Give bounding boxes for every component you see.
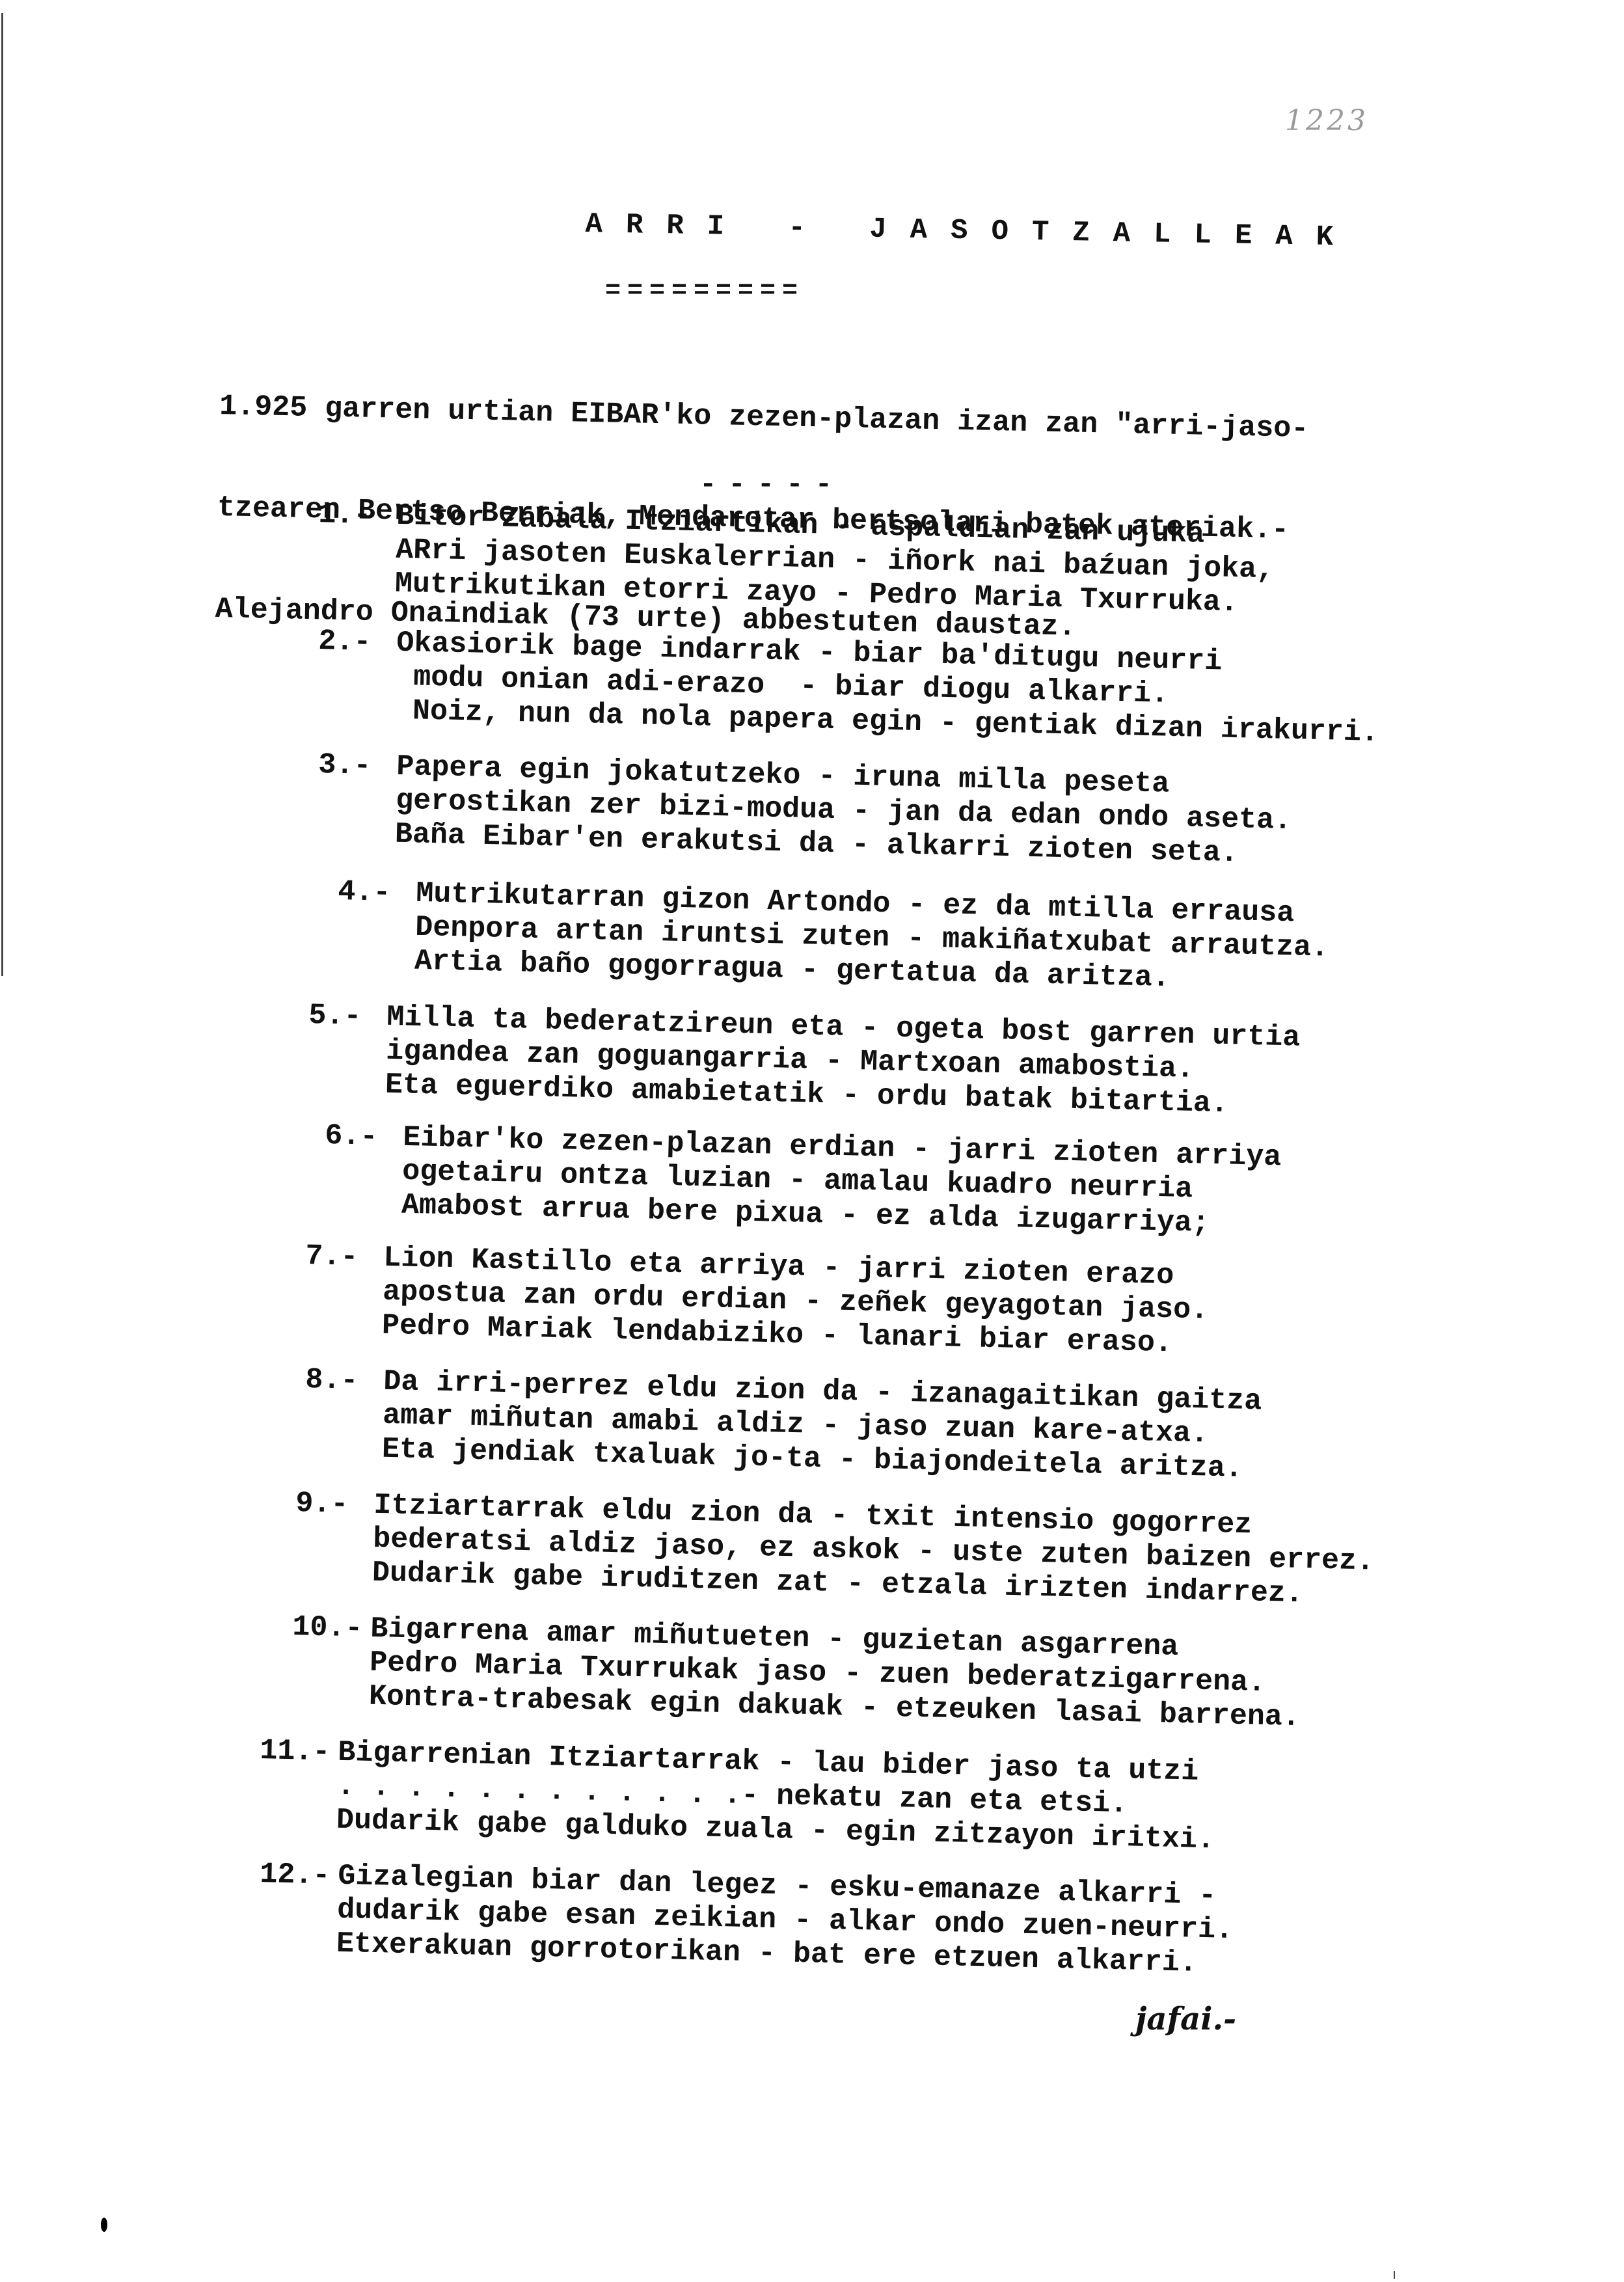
verse-number: 4.-	[338, 875, 416, 911]
scan-tick-mark	[1394, 2271, 1395, 2279]
verse-11: 11.-Bigarrenian Itziartarrak - lau bider…	[258, 1734, 1216, 1857]
intro-line: 1.925 garren urtian EIBAR'ko zezen-plaza…	[219, 390, 1309, 446]
verse-10: 10.-Bigarrena amar miñutueten - guzietan…	[290, 1610, 1301, 1735]
ink-dot-mark	[101, 2218, 107, 2232]
verse-7: 7.-Lion Kastillo eta arriya - jarri ziot…	[303, 1240, 1209, 1361]
title-underline: =========	[605, 277, 804, 306]
intro-separator: -----	[699, 469, 844, 501]
scan-edge-line	[1, 13, 3, 976]
verse-1: 1.-Bitor Zabala Itziartikan - aspaldian …	[316, 498, 1275, 621]
page-number: 1223	[1285, 104, 1368, 137]
verse-number: 3.-	[318, 748, 397, 784]
verse-3: 3.-Papera egin jokatutzeko - iruna milla…	[316, 748, 1292, 872]
verse-number: 8.-	[305, 1363, 384, 1399]
signature: jafai.-	[1135, 2001, 1236, 2037]
verse-12: 12.-Gizalegian biar dan legez - esku-ema…	[258, 1858, 1234, 1981]
verse-number: 7.-	[305, 1240, 384, 1275]
document-title: ARRI - JASOTZALLEAK	[585, 208, 1357, 254]
verse-number: 6.-	[325, 1119, 403, 1155]
verse-number: 11.-	[260, 1734, 338, 1770]
verse-4: 4.-Mutrikutarran gizon Artondo - ez da m…	[336, 875, 1329, 999]
verse-number: 12.-	[260, 1858, 338, 1894]
verse-number: 5.-	[308, 999, 387, 1035]
verse-9: 9.-Itziartarrak eldu zion da - txit inte…	[293, 1487, 1375, 1613]
verse-number: 10.-	[292, 1610, 371, 1646]
verse-8: 8.-Da irri-perrez eldu zion da - izanaga…	[303, 1363, 1262, 1486]
verse-number: 1.-	[318, 498, 397, 534]
verse-6: 6.-Eibar'ko zezen-plazan erdian - jarri …	[323, 1119, 1281, 1242]
verse-number: 9.-	[295, 1487, 374, 1523]
verse-number: 2.-	[318, 625, 397, 660]
verse-5: 5.-Milla ta bederatzireun eta - ogeta bo…	[306, 999, 1300, 1123]
